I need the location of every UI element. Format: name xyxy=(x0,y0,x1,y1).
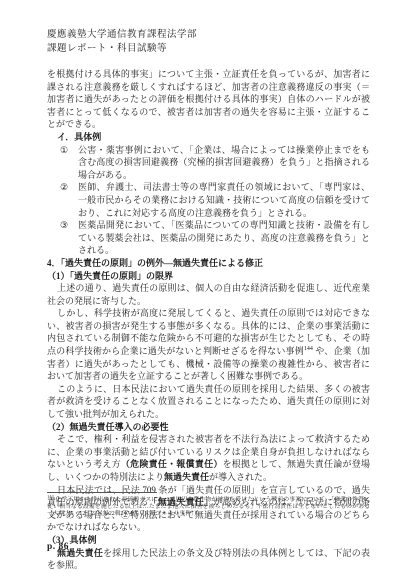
header-university-line: 慶應義塾大学通信教育課程法学部 xyxy=(47,28,370,42)
emphasized-text: 無過失責任 xyxy=(164,472,209,482)
list-item: ②医師、弁護士、司法書士等の専門家責任の領域において、「専門家は、一般市民からそ… xyxy=(47,181,370,219)
emphasized-text: 4．「過失責任の原則」の例外―無過失責任による修正 xyxy=(47,258,263,268)
footnote-number: 144 xyxy=(47,494,54,499)
emphasized-text: （2）無過失責任導入の必要性 xyxy=(47,422,169,432)
paragraph: を根拠付ける具体的事実」について主張・立証責任を負っているが、加害者に課される注… xyxy=(47,68,370,131)
body-text: 医師、弁護士、司法書士等の専門家責任の領域において、「専門家は、一般市民からその… xyxy=(78,182,370,217)
section-heading: イ．具体例 xyxy=(47,131,370,144)
section-heading: （1）「過失責任の原則」の限界 xyxy=(47,270,370,283)
footnote-separator xyxy=(47,492,157,493)
list-marker: ① xyxy=(60,144,68,157)
body-text: 医薬品開発において、「医薬品についての専門知識と技術・設備を有している製薬会社は… xyxy=(78,220,370,255)
list-marker: ② xyxy=(60,181,68,194)
list-marker: ③ xyxy=(60,219,68,232)
body-text: 上述の通り、過失責任の原則は、個人の自由な経済活動を促進し、近代産業社会の発展に… xyxy=(47,283,370,306)
emphasized-text: イ．具体例 xyxy=(57,132,101,142)
footnote-text: 化学工場から排出された亜硫酸ガスによって周辺の農作物が被害を受けたという戦前の事… xyxy=(47,497,370,517)
body-text: 公害・薬害事例において、「企業は、場合によっては操業停止までをも含む高度の損害回… xyxy=(78,145,370,180)
paragraph: 無過失責任を採用した民法上の条文及び特別法の具体例としては、下記の表を参照。 xyxy=(47,547,370,572)
body-text: を根拠付ける具体的事実」について主張・立証責任を負っているが、加害者に課される注… xyxy=(47,69,370,129)
emphasized-text: （危険責任・報償責任） xyxy=(121,459,223,469)
page-number: p. 86 xyxy=(47,542,69,552)
header-report-line: 課題レポート・科目試験等 xyxy=(47,42,370,56)
list-item: ③医薬品開発において、「医薬品についての専門知識と技術・設備を有している製薬会社… xyxy=(47,219,370,257)
paragraph: このように、日本民法において過失責任の原則を採用した結果、多くの被害者が救済を受… xyxy=(47,383,370,421)
page-header: 慶應義塾大学通信教育課程法学部 課題レポート・科目試験等 xyxy=(47,28,370,56)
footnote: 144 化学工場から排出された亜硫酸ガスによって周辺の農作物が被害を受けたという… xyxy=(47,497,370,518)
paragraph: そこで、権利・利益を侵害された被害者を不法行為法によって救済するために、企業の事… xyxy=(47,433,370,483)
list-item: ①公害・薬害事例において、「企業は、場合によっては操業停止までをも含む高度の損害… xyxy=(47,144,370,182)
emphasized-text: （1）「過失責任の原則」の限界 xyxy=(47,271,173,281)
paragraph: 上述の通り、過失責任の原則は、個人の自由な経済活動を促進し、近代産業社会の発展に… xyxy=(47,282,370,307)
section-heading: （3）具体例 xyxy=(47,534,370,547)
document-page: 慶應義塾大学通信教育課程法学部 課題レポート・科目試験等 を根拠付ける具体的事実… xyxy=(0,0,410,580)
body-text: が導入された。 xyxy=(209,472,272,482)
paragraph: しかし、科学技術が高度に発展してくると、過失責任の原則では対応できない、被害者の… xyxy=(47,307,370,383)
section-heading: （2）無過失責任導入の必要性 xyxy=(47,421,370,434)
footnote-ref: 144 xyxy=(304,346,313,352)
section-heading: 4．「過失責任の原則」の例外―無過失責任による修正 xyxy=(47,257,370,270)
body-text: このように、日本民法において過失責任の原則を採用した結果、多くの被害者が救済を受… xyxy=(47,384,370,419)
